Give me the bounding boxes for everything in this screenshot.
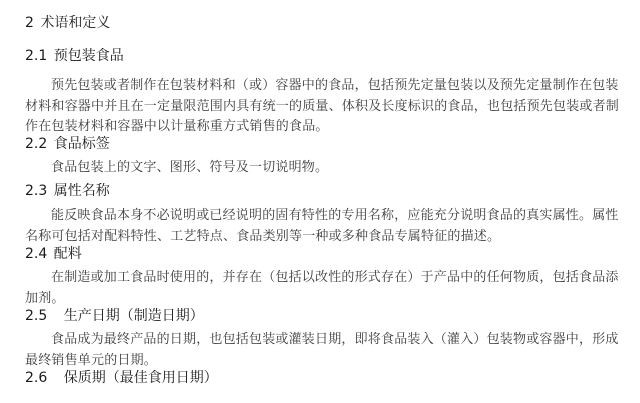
paragraph-2-5: 食品成为最终产品的日期，也包括包装或灌装日期，即将食品装入（灌入）包装物或容器中… [25,330,625,371]
heading-2-4: 2.4 配料 [25,243,82,263]
heading-2-5: 2.5 生产日期（制造日期） [25,305,204,325]
paragraph-2-2: 食品包装上的文字、图形、符号及一切说明物。 [25,158,625,179]
paragraph-2-4: 在制造或加工食品时使用的，并存在（包括以改性的形式存在）于产品中的任何物质，包括… [25,268,625,309]
heading-2-2: 2.2 食品标签 [25,133,110,153]
section-heading: 2 术语和定义 [25,12,110,32]
heading-2-3: 2.3 属性名称 [25,180,110,200]
heading-2-6: 2.6 保质期（最佳食用日期） [25,367,218,387]
paragraph-2-3: 能反映食品本身不必说明或已经说明的固有特性的专用名称，应能充分说明食品的真实属性… [25,206,625,247]
paragraph-2-1: 预先包装或者制作在包装材料和（或）容器中的食品，包括预先定量包装以及预先定量制作… [25,76,625,138]
heading-2-1: 2.1 预包装食品 [25,45,124,65]
